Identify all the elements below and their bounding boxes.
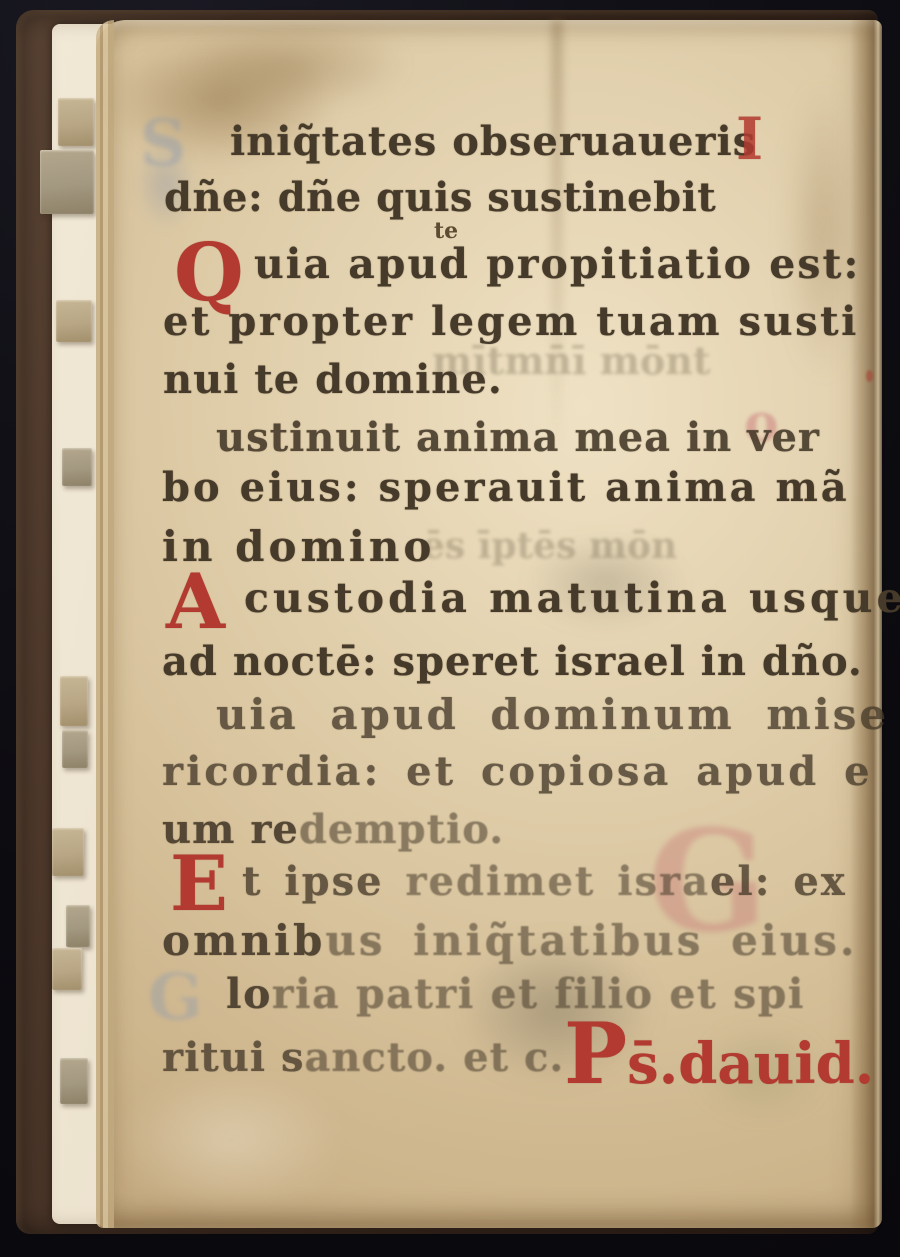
text-line-2: dñe: dñe quis sustinebit [164, 178, 716, 218]
fold-line [551, 20, 563, 450]
text-line-12: ricordia: et copiosa apud e [162, 752, 873, 792]
text-line-5: nui te domine. [163, 360, 503, 400]
text-line-10: ad noctē: speret israel in dño. [162, 642, 863, 682]
rubric-initial-p: P [564, 1004, 627, 1103]
index-tab [56, 300, 92, 342]
text-line-6: ustinuit anima mea in ver [216, 418, 820, 458]
text-line-16: loria patri et filio et spi [226, 974, 805, 1015]
ghost-initial-s: S [140, 112, 186, 176]
index-tab [66, 905, 90, 947]
text-line-3: uia apud propitiatio est: [254, 244, 861, 285]
red-initial-a: A [166, 568, 225, 636]
text-line-13-end: demptio. [299, 806, 504, 853]
manuscript-photo: S mītmn̄ī mōnt ēs īptēs mōn o G G iniq̃t… [0, 0, 900, 1257]
text-line-9: custodia matutina usque [244, 578, 900, 619]
text-line-7: bo eius: sperauit anima mã [162, 468, 850, 508]
text-line-14: t ipse redimet israel: ex [242, 862, 847, 902]
text-line-14-middle: redimet isra [405, 858, 710, 905]
stain [186, 20, 406, 110]
text-line-15-end: us iniq̃tatibus eius. [325, 916, 857, 965]
index-tab [52, 828, 84, 876]
parchment-page: S mītmn̄ī mōnt ēs īptēs mōn o G G iniq̃t… [96, 20, 882, 1228]
light-patch [116, 1070, 346, 1210]
red-initial-e: E [170, 850, 228, 918]
index-tab [60, 676, 88, 726]
index-tab [58, 98, 94, 146]
text-line-16-start: lo [226, 970, 272, 1018]
page-left-edge [96, 20, 114, 1228]
text-line-1: iniq̃tates obseruaueris [230, 122, 756, 162]
text-line-17: ritui sancto. et c. [162, 1038, 564, 1078]
index-tab [62, 448, 92, 486]
text-line-11: uia apud dominum mise [216, 694, 889, 736]
ghost-initial-g: G [148, 966, 203, 1030]
rubric-ps-david: Ps̄.dauid. [564, 1020, 874, 1092]
text-line-14-start: t ipse [242, 858, 405, 905]
text-line-17-start: ritui s [162, 1034, 304, 1081]
text-line-15: omnibus iniq̃tatibus eius. [162, 920, 858, 962]
text-line-4: et propter legem tuam susti [163, 302, 859, 342]
text-line-17-end: ancto. et c. [304, 1034, 564, 1081]
rubric-s-abbrev: s̄. [627, 1031, 678, 1097]
text-line-14-end: el: ex [710, 858, 847, 905]
text-line-16-end: ria patri et filio et spi [272, 970, 805, 1018]
index-tab [40, 150, 94, 214]
red-margin-initial-i: I [736, 110, 763, 168]
index-tab [52, 948, 82, 990]
text-line-15-start: omnib [162, 916, 325, 965]
rubric-david: dauid. [678, 1031, 874, 1097]
index-tab [62, 730, 88, 768]
ghost-showthrough-line: ēs īptēs mōn [422, 528, 677, 564]
index-tab [60, 1058, 88, 1104]
